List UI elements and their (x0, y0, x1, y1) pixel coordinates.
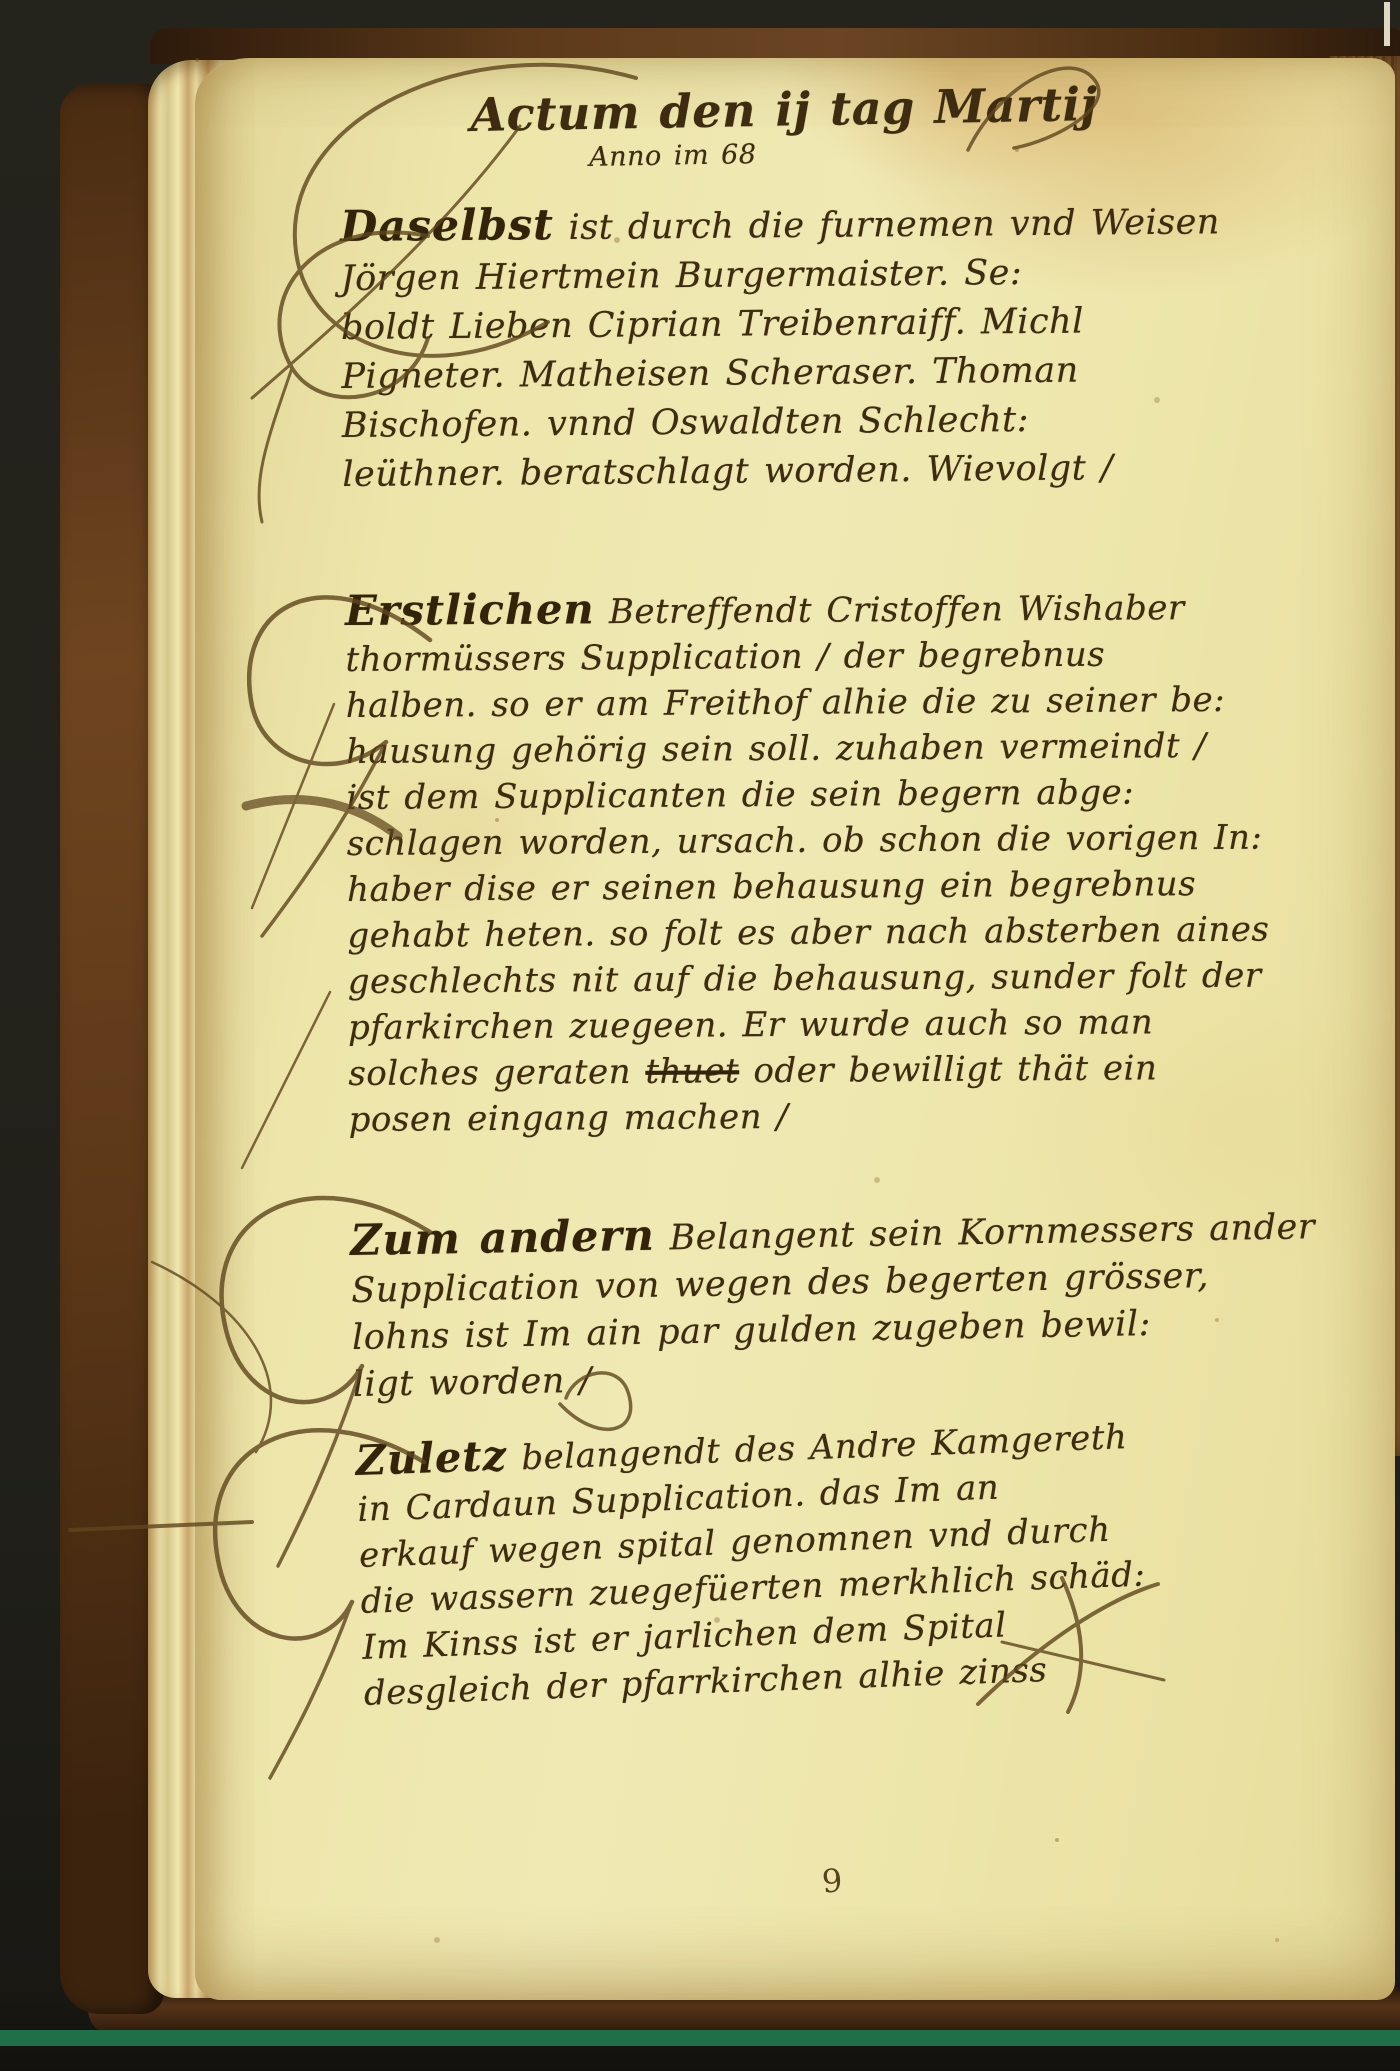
paper-specks (195, 58, 199, 62)
text-line: Daselbst ist durch die furnemen vnd Weis… (340, 195, 1220, 255)
paragraph-zum-andern: Zum andern Belangent sein Kornmessers an… (350, 1201, 1318, 1409)
paragraph-intro: Daselbst ist durch die furnemen vnd Weis… (340, 195, 1222, 500)
text-line: ist dem Supplicanten die sein begern abg… (346, 769, 1268, 821)
text-line: Jörgen Hiertmein Burgermaister. Se: (340, 247, 1220, 304)
text-line-fragment: oder bewilligt thät ein (739, 1048, 1157, 1091)
paragraph-zuletz: Zuletz belangendt des Andre Kamgereth in… (355, 1411, 1149, 1717)
text-line: thormüssers Supplication / der begrebnus (345, 631, 1267, 683)
paragraph-initial-word: Erstlichen (345, 584, 595, 635)
text-line-fragment: Betreffendt Cristoffen Wishaber (594, 588, 1184, 632)
manuscript-photo: Actum den ij tag Martij Anno im 68 Dasel… (0, 0, 1400, 2071)
text-line: Erstlichen Betreffendt Cristoffen Wishab… (345, 582, 1267, 637)
struck-word: thuet (645, 1051, 739, 1092)
entry-heading-block: Actum den ij tag Martij Anno im 68 (470, 77, 1099, 175)
text-line: Pigneter. Matheisen Scheraser. Thoman (341, 345, 1221, 402)
text-line: haber dise er seinen behausung ein begre… (347, 861, 1269, 913)
paragraph-erstlichen: Erstlichen Betreffendt Cristoffen Wishab… (345, 582, 1271, 1143)
folio-number: 9 (821, 1861, 844, 1900)
text-line: pfarkirchen zuegeen. Er wurde auch so ma… (348, 999, 1270, 1051)
paragraph-initial-word: Zuletz (355, 1431, 508, 1485)
text-line: schlagen worden, ursach. ob schon die vo… (347, 815, 1269, 867)
text-line: halben. so er am Freithof alhie die zu s… (346, 677, 1268, 729)
paragraph-initial-word: Daselbst (340, 200, 554, 252)
scanner-light-sliver (1384, 2, 1390, 46)
text-line-fragment: ist durch die furnemen vnd Weisen (554, 202, 1220, 248)
text-line: gehabt heten. so folt es aber nach abste… (347, 907, 1269, 959)
text-line: Bischofen. vnnd Oswaldten Schlecht: (342, 394, 1222, 451)
scanner-green-strip (0, 2030, 1400, 2046)
manuscript-page: Actum den ij tag Martij Anno im 68 Dasel… (195, 58, 1395, 2000)
text-line-fragment: solches geraten (348, 1052, 645, 1094)
text-line-with-strikethrough: solches geraten thuet oder bewilligt thä… (348, 1045, 1270, 1097)
text-line: leüthner. beratschlagt worden. Wievolgt … (342, 443, 1222, 500)
entry-date-line: Anno im 68 (589, 133, 1099, 173)
entry-heading: Actum den ij tag Martij (470, 77, 1098, 142)
text-line: posen eingang machen / (349, 1091, 1271, 1143)
text-line: boldt Lieben Ciprian Treibenraiff. Michl (341, 296, 1221, 353)
text-line: hausung gehörig sein soll. zuhaben verme… (346, 723, 1268, 775)
text-line: geschlechts nit auf die behausung, sunde… (348, 953, 1270, 1005)
text-line-fragment: Belangent sein Kornmessers ander (655, 1207, 1316, 1259)
paragraph-initial-word: Zum andern (350, 1211, 655, 1266)
